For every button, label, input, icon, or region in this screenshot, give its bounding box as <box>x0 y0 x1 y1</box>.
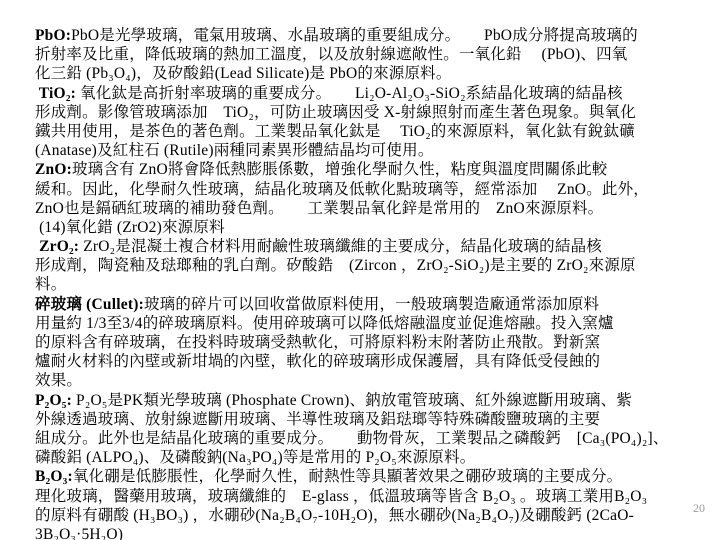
line-text: ZnO也是鎘硒紅玻璃的補助發色劑。 工業製品氧化鋅是常用的 ZnO來源原料。 <box>35 200 603 217</box>
text-line: (14)氧化錯 (ZrO2)來源原料 <box>35 218 715 237</box>
line-text: 鐵共用使用，是茶色的著色劑。工業製品氧化鈦是 TiO₂的來源原料，氧化鈦有銳鈦礦 <box>35 123 635 140</box>
text-line: 料。 <box>35 275 715 294</box>
line-text: 爐耐火材料的內壁或新坩堝的內壁，軟化的碎玻璃形成保護層，具有降低受侵蝕的 <box>35 353 600 370</box>
line-text: 磷酸鋁 (ALPO₄)、及磷酸鈉(Na₃PO₄)等是常用的 P₂O₅來源原料。 <box>35 449 475 466</box>
slide-text-block: PbO:PbO是光學玻璃，電氣用玻璃、水晶玻璃的重要組成分。 PbO成分將提高玻… <box>35 26 715 540</box>
line-text: P₂O₅是PK類光學玻璃 (Phosphate Crown)、鈉放電管玻璃、紅外… <box>72 392 632 409</box>
line-heading: ZnO: <box>35 161 72 178</box>
text-line: TiO₂: 氧化鈦是高折射率玻璃的重要成分。 Li₂O-Al₂O₃-SiO₂系結… <box>35 84 715 103</box>
line-text: 玻璃含有 ZnO將會降低熱膨脹係數，增強化學耐久性，粘度與溫度問關係此較 <box>72 161 608 178</box>
line-text: 化三鉛 (Pb₃O₄)，及矽酸鉛(Lead Silicate)是 PbO的來源原… <box>35 65 452 82</box>
text-line: B₂O₃:氧化硼是低膨脹性，化學耐久性，耐熱性等具顯著效果之硼矽玻璃的主要成分。 <box>35 467 715 486</box>
line-text: 外線透過玻璃、放射線遮斷用玻璃、半導性玻璃及鋁琺瑯等特殊磷酸鹽玻璃的主要 <box>35 411 600 428</box>
line-text: 的原料含有碎玻璃，在投料時玻璃受熱軟化，可將原料粉末附著防止飛散。對新窯 <box>35 334 600 351</box>
line-text: 用量約 1/3至3/4的碎玻璃原料。使用碎玻璃可以降低熔融溫度並促進熔融。投入窯… <box>35 315 614 332</box>
line-text: 緩和。因此，化學耐久性玻璃，結晶化玻璃及低軟化點玻璃等，經常添加 ZnO。此外， <box>35 181 649 198</box>
text-line: 爐耐火材料的內壁或新坩堝的內壁，軟化的碎玻璃形成保護層，具有降低受侵蝕的 <box>35 352 715 371</box>
text-line: 緩和。因此，化學耐久性玻璃，結晶化玻璃及低軟化點玻璃等，經常添加 ZnO。此外， <box>35 180 715 199</box>
text-line: 鐵共用使用，是茶色的著色劑。工業製品氧化鈦是 TiO₂的來源原料，氧化鈦有銳鈦礦 <box>35 122 715 141</box>
text-line: 組成分。此外也是結晶化玻璃的重要成分。 動物骨灰，工業製品之磷酸鈣 [Ca₃(P… <box>35 429 715 448</box>
line-text: PbO是光學玻璃，電氣用玻璃、水晶玻璃的重要組成分。 PbO成分將提高玻璃的 <box>71 27 638 44</box>
line-heading: PbO: <box>35 27 71 44</box>
slide: PbO:PbO是光學玻璃，電氣用玻璃、水晶玻璃的重要組成分。 PbO成分將提高玻… <box>0 0 720 540</box>
text-line: 碎玻璃 (Cullet):玻璃的碎片可以回收當做原料使用，一般玻璃製造廠通常添加… <box>35 295 715 314</box>
line-text: 折射率及比重，降低玻璃的熱加工溫度，以及放射線遮敞性。一氧化鉛 (PbO)、四氧 <box>35 46 627 63</box>
line-heading: 碎玻璃 (Cullet): <box>35 296 144 313</box>
text-line: ZnO也是鎘硒紅玻璃的補助發色劑。 工業製品氧化鋅是常用的 ZnO來源原料。 <box>35 199 715 218</box>
line-text: (14)氧化錯 (ZrO2)來源原料 <box>35 219 225 236</box>
page-number: 20 <box>693 501 705 516</box>
text-line: ZrO₂: ZrO₂是混凝土複合材料用耐鹼性玻璃纖維的主要成分，結晶化玻璃的結晶… <box>35 237 715 256</box>
line-text: ZrO₂是混凝土複合材料用耐鹼性玻璃纖維的主要成分，結晶化玻璃的結晶核 <box>79 238 602 255</box>
text-line: 外線透過玻璃、放射線遮斷用玻璃、半導性玻璃及鋁琺瑯等特殊磷酸鹽玻璃的主要 <box>35 410 715 429</box>
text-line: PbO:PbO是光學玻璃，電氣用玻璃、水晶玻璃的重要組成分。 PbO成分將提高玻… <box>35 26 715 45</box>
text-line: 折射率及比重，降低玻璃的熱加工溫度，以及放射線遮敞性。一氧化鉛 (PbO)、四氧 <box>35 45 715 64</box>
text-line: 理化玻璃，醫藥用玻璃，玻璃纖維的 E-glass ，低溫玻璃等皆含 B₂O₃ 。… <box>35 487 715 506</box>
line-text: 玻璃的碎片可以回收當做原料使用，一般玻璃製造廠通常添加原料 <box>144 296 599 313</box>
line-text: 效果。 <box>35 372 82 389</box>
line-heading: P₂O₅: <box>35 392 72 409</box>
line-text: 組成分。此外也是結晶化玻璃的重要成分。 動物骨灰，工業製品之磷酸鈣 [Ca₃(P… <box>35 430 669 447</box>
text-line: 的原料有硼酸 (H₃BO₃) ，水硼砂(Na₂B₄O₇-10H₂O)，無水硼砂(… <box>35 506 715 525</box>
line-text: 氧化鈦是高折射率玻璃的重要成分。 Li₂O-Al₂O₃-SiO₂系結晶化玻璃的結… <box>76 85 623 102</box>
line-heading: TiO₂: <box>35 85 76 102</box>
line-text: 形成劑，陶瓷釉及琺瑯釉的乳白劑。矽酸鋯 (Zircon ，ZrO₂-SiO₂)是… <box>35 257 636 274</box>
line-text: 的原料有硼酸 (H₃BO₃) ，水硼砂(Na₂B₄O₇-10H₂O)，無水硼砂(… <box>35 507 634 524</box>
text-line: 的原料含有碎玻璃，在投料時玻璃受熱軟化，可將原料粉末附著防止飛散。對新窯 <box>35 333 715 352</box>
text-line: 化三鉛 (Pb₃O₄)，及矽酸鉛(Lead Silicate)是 PbO的來源原… <box>35 64 715 83</box>
line-text: 料。 <box>35 276 66 293</box>
text-line: 用量約 1/3至3/4的碎玻璃原料。使用碎玻璃可以降低熔融溫度並促進熔融。投入窯… <box>35 314 715 333</box>
text-line: P₂O₅: P₂O₅是PK類光學玻璃 (Phosphate Crown)、鈉放電… <box>35 391 715 410</box>
line-text: (Anatase)及紅柱石 (Rutile)兩種同素異形體結晶均可使用。 <box>35 142 434 159</box>
line-text: 氧化硼是低膨脹性，化學耐久性，耐熱性等具顯著效果之硼矽玻璃的主要成分。 <box>73 468 623 485</box>
text-line: 形成劑。影像管玻璃添加 TiO₂，可防止玻璃因受 X-射線照射而產生著色現象。與… <box>35 103 715 122</box>
text-line: 3B₂O₃·5H₂O) <box>35 525 715 540</box>
text-line: 效果。 <box>35 371 715 390</box>
line-heading: ZrO₂: <box>35 238 79 255</box>
text-line: (Anatase)及紅柱石 (Rutile)兩種同素異形體結晶均可使用。 <box>35 141 715 160</box>
text-line: ZnO:玻璃含有 ZnO將會降低熱膨脹係數，增強化學耐久性，粘度與溫度問關係此較 <box>35 160 715 179</box>
text-line: 磷酸鋁 (ALPO₄)、及磷酸鈉(Na₃PO₄)等是常用的 P₂O₅來源原料。 <box>35 448 715 467</box>
line-text: 理化玻璃，醫藥用玻璃，玻璃纖維的 E-glass ，低溫玻璃等皆含 B₂O₃ 。… <box>35 488 647 505</box>
text-line: 形成劑，陶瓷釉及琺瑯釉的乳白劑。矽酸鋯 (Zircon ，ZrO₂-SiO₂)是… <box>35 256 715 275</box>
line-text: 3B₂O₃·5H₂O) <box>35 526 123 540</box>
line-heading: B₂O₃: <box>35 468 73 485</box>
line-text: 形成劑。影像管玻璃添加 TiO₂，可防止玻璃因受 X-射線照射而產生著色現象。與… <box>35 104 636 121</box>
